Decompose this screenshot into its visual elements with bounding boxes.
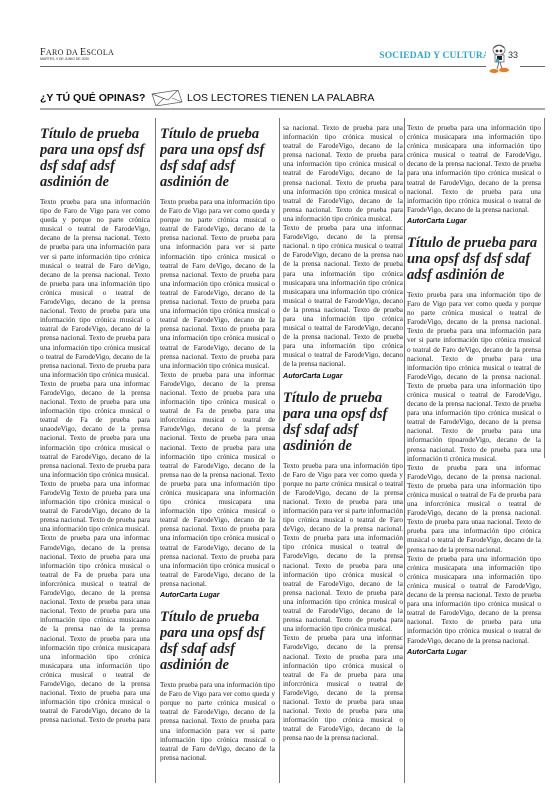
- column-1: Título de prueba para una opsf dsf dsf s…: [40, 124, 150, 724]
- article-body: Texto prueba para una información tipo d…: [160, 198, 275, 589]
- page-number: 33: [508, 50, 518, 60]
- article-paragraph: Texto de prueba para una informac Farode…: [407, 464, 541, 555]
- article-body: sa nacional. Texto de prueba para una in…: [283, 124, 403, 370]
- publication-name: FARO DA ESCOLA: [40, 48, 114, 57]
- article-author: AutorCarta Lugar: [283, 371, 403, 380]
- letter-article-continued: sa nacional. Texto de prueba para una in…: [283, 124, 403, 380]
- header-rule: [40, 66, 545, 67]
- masthead: FARO DA ESCOLA MARTES, 9 DE JUNIO DE 202…: [40, 48, 114, 62]
- banner-rule: [40, 108, 545, 110]
- pub-rest-2: SCOLA: [86, 48, 114, 57]
- article-paragraph: Texto de prueba para una informac Farode…: [160, 371, 275, 589]
- article-paragraph: Texto de prueba para una informac Farode…: [40, 380, 150, 480]
- mascot-icon: [486, 42, 520, 78]
- article-paragraph: Texto de prueba para una información tip…: [407, 555, 541, 646]
- article-body: Texto prueba para una información tipo d…: [283, 462, 403, 744]
- column-3: sa nacional. Texto de prueba para una in…: [283, 124, 403, 784]
- column-divider: [404, 118, 405, 783]
- article-paragraph: Texto prueba para una información tipo d…: [283, 462, 403, 635]
- column-4: Texto de prueba para una información tip…: [407, 124, 541, 769]
- letter-article: Título de prueba para una opsf dsf dsf s…: [283, 390, 403, 744]
- letter-article-continued: Texto de prueba para una información tip…: [407, 124, 541, 225]
- article-title: Título de prueba para una opsf dsf dsf s…: [160, 126, 275, 190]
- article-title: Título de prueba para una opsf dsf dsf s…: [40, 126, 150, 190]
- letter-article: Título de prueba para una opsf dsf dsf s…: [407, 235, 541, 656]
- article-author: AutorCarta Lugar: [407, 216, 541, 225]
- article-paragraph: Texto de prueba para una información tip…: [407, 124, 541, 215]
- article-title: Título de prueba para una opsf dsf dsf s…: [407, 235, 541, 283]
- article-paragraph: Texto de prueba para una informac Farode…: [283, 224, 403, 370]
- letter-article: Título de prueba para una opsf dsf dsf s…: [160, 126, 275, 599]
- column-divider: [544, 118, 545, 458]
- article-paragraph: sa nacional. Texto de prueba para una in…: [283, 124, 403, 224]
- article-paragraph: Texto prueba para una información tipo d…: [160, 198, 275, 371]
- article-paragraph: Texto prueba para una información tipo d…: [407, 291, 541, 464]
- section-banner: ¿Y TÚ QUÉ OPINAS? LOS LECTORES TIENEN LA…: [40, 90, 545, 106]
- article-body: Texto de prueba para una información tip…: [407, 124, 541, 215]
- article-author: AutorCarta Lugar: [160, 590, 275, 599]
- section-title: SOCIEDAD Y CULTURA: [379, 51, 490, 61]
- article-body: Texto prueba para una información tipo d…: [407, 291, 541, 646]
- publication-date: MARTES, 9 DE JUNIO DE 2020: [40, 57, 114, 62]
- column-2: Título de prueba para una opsf dsf dsf s…: [160, 124, 275, 784]
- article-paragraph: Texto de prueba para una informac Farode…: [40, 480, 150, 535]
- article-title: Título de prueba para una opsf dsf dsf s…: [283, 390, 403, 454]
- banner-question: ¿Y TÚ QUÉ OPINAS?: [40, 92, 145, 104]
- letter-article: Título de prueba para una opsf dsf dsf s…: [40, 126, 150, 724]
- pub-rest-1: ARO DA: [46, 48, 80, 57]
- article-paragraph: Texto de prueba para una informac Farode…: [40, 534, 150, 724]
- article-body: Texto prueba para una información tipo d…: [40, 198, 150, 724]
- article-author: AutorCarta Lugar: [407, 647, 541, 656]
- article-body: Texto prueba para una información tipo d…: [160, 681, 275, 763]
- article-title: Título de prueba para una opsf dsf dsf s…: [160, 609, 275, 673]
- article-paragraph: Texto de prueba para una informac Farode…: [283, 634, 403, 743]
- envelope-icon: [148, 90, 188, 106]
- column-divider: [155, 118, 156, 783]
- article-paragraph: Texto prueba para una información tipo d…: [160, 681, 275, 763]
- banner-tagline: LOS LECTORES TIENEN LA PALABRA: [187, 92, 374, 104]
- column-divider: [279, 118, 280, 783]
- letter-article: Título de prueba para una opsf dsf dsf s…: [160, 609, 275, 763]
- article-paragraph: Texto prueba para una información tipo d…: [40, 198, 150, 380]
